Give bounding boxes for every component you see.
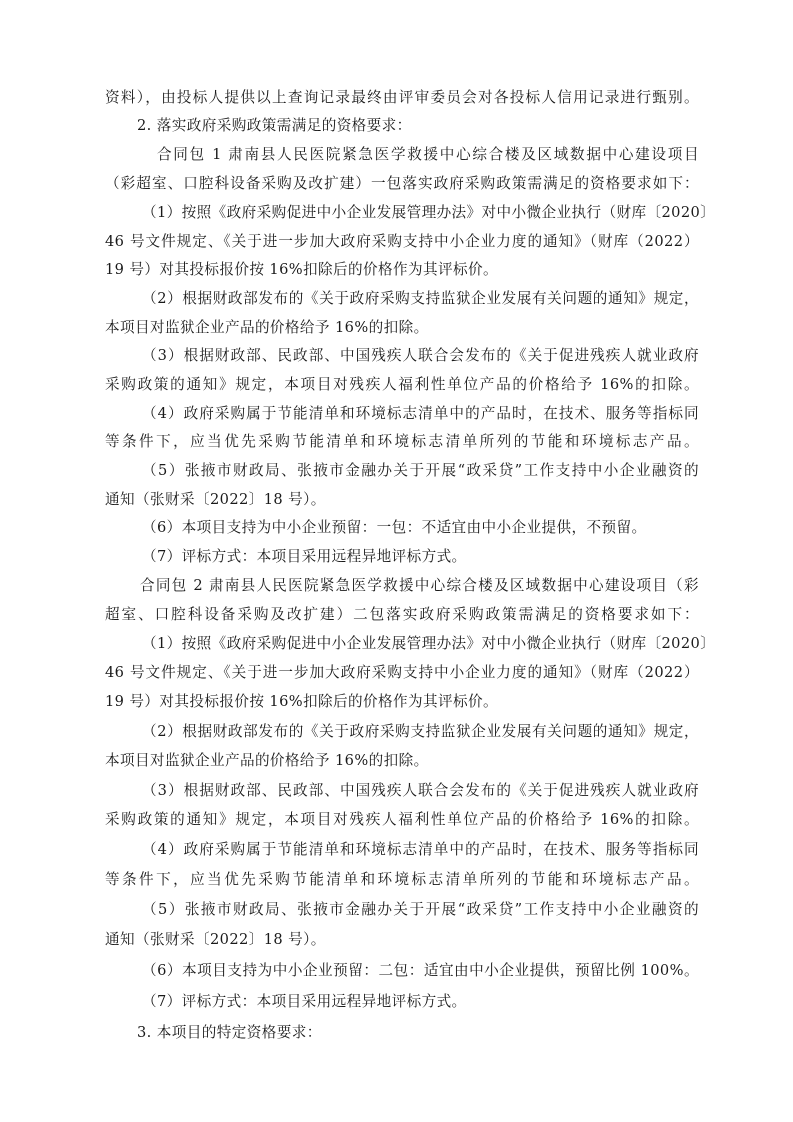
pkg2-item-4: （4）政府采购属于节能清单和环境标志清单中的产品时，在技术、服务等指标同 xyxy=(142,840,699,860)
contract-package-2-intro: 合同包 2 肃南县人民医院紧急医学救援中心综合楼及区域数据中心建设项目（彩 xyxy=(140,576,699,596)
paragraph-line: 19 号）对其投标报价按 16%扣除后的价格作为其评标价。 xyxy=(105,692,699,712)
section-heading-3: 3. 本项目的特定资格要求： xyxy=(137,1023,699,1043)
paragraph-line: 46 号文件规定、《关于进一步加大政府采购支持中小企业力度的通知》（财库（202… xyxy=(105,232,699,252)
paragraph-line: 通知（张财采〔2022〕18 号）。 xyxy=(105,490,699,510)
paragraph-line: 等条件下，应当优先采购节能清单和环境标志清单所列的节能和环境标志产品。 xyxy=(105,870,699,890)
pkg1-item-4: （4）政府采购属于节能清单和环境标志清单中的产品时，在技术、服务等指标同 xyxy=(142,404,699,424)
pkg2-item-1: （1）按照《政府采购促进中小企业发展管理办法》对中小微企业执行（财库〔2020〕 xyxy=(142,634,699,654)
pkg1-item-5: （5）张掖市财政局、张掖市金融办关于开展“政采贷”工作支持中小企业融资的 xyxy=(142,461,699,481)
pkg2-item-3: （3）根据财政部、民政部、中国残疾人联合会发布的《关于促进残疾人就业政府 xyxy=(142,781,699,801)
paragraph-line: 超室、口腔科设备采购及改扩建）二包落实政府采购政策需满足的资格要求如下： xyxy=(105,605,699,625)
paragraph-line: 本项目对监狱企业产品的价格给予 16%的扣除。 xyxy=(105,751,699,771)
paragraph-line: 采购政策的通知》规定，本项目对残疾人福利性单位产品的价格给予 16%的扣除。 xyxy=(105,810,699,830)
pkg2-item-7: （7）评标方式：本项目采用远程异地评标方式。 xyxy=(142,992,699,1012)
paragraph-line: 资料），由投标人提供以上查询记录最终由评审委员会对各投标人信用记录进行甄别。 xyxy=(105,88,699,108)
pkg1-item-6: （6）本项目支持为中小企业预留：一包：不适宜由中小企业提供，不预留。 xyxy=(142,518,699,538)
paragraph-line: 通知（张财采〔2022〕18 号）。 xyxy=(105,930,699,950)
paragraph-line: 本项目对监狱企业产品的价格给予 16%的扣除。 xyxy=(105,318,699,338)
pkg2-item-5: （5）张掖市财政局、张掖市金融办关于开展“政采贷”工作支持中小企业融资的 xyxy=(142,900,699,920)
pkg1-item-2: （2）根据财政部发布的《关于政府采购支持监狱企业发展有关问题的通知》规定， xyxy=(142,289,699,309)
paragraph-line: 采购政策的通知》规定，本项目对残疾人福利性单位产品的价格给予 16%的扣除。 xyxy=(105,375,699,395)
paragraph-line: 等条件下，应当优先采购节能清单和环境标志清单所列的节能和环境标志产品。 xyxy=(105,432,699,452)
pkg2-item-2: （2）根据财政部发布的《关于政府采购支持监狱企业发展有关问题的通知》规定， xyxy=(142,722,699,742)
paragraph-line: （彩超室、口腔科设备采购及改扩建）一包落实政府采购政策需满足的资格要求如下： xyxy=(105,174,699,194)
paragraph-line: 19 号）对其投标报价按 16%扣除后的价格作为其评标价。 xyxy=(105,260,699,280)
pkg1-item-7: （7）评标方式：本项目采用远程异地评标方式。 xyxy=(142,547,699,567)
section-heading-2: 2. 落实政府采购政策需满足的资格要求： xyxy=(137,116,699,136)
pkg2-item-6: （6）本项目支持为中小企业预留：二包：适宜由中小企业提供，预留比例 100%。 xyxy=(142,961,699,981)
pkg1-item-1: （1）按照《政府采购促进中小企业发展管理办法》对中小微企业执行（财库〔2020〕 xyxy=(142,203,699,223)
paragraph-line: 46 号文件规定、《关于进一步加大政府采购支持中小企业力度的通知》（财库（202… xyxy=(105,663,699,683)
contract-package-1-intro: 合同包 1 肃南县人民医院紧急医学救援中心综合楼及区域数据中心建设项目 xyxy=(157,145,699,165)
pkg1-item-3: （3）根据财政部、民政部、中国残疾人联合会发布的《关于促进残疾人就业政府 xyxy=(142,346,699,366)
document-page: 资料），由投标人提供以上查询记录最终由评审委员会对各投标人信用记录进行甄别。 2… xyxy=(0,0,793,1122)
